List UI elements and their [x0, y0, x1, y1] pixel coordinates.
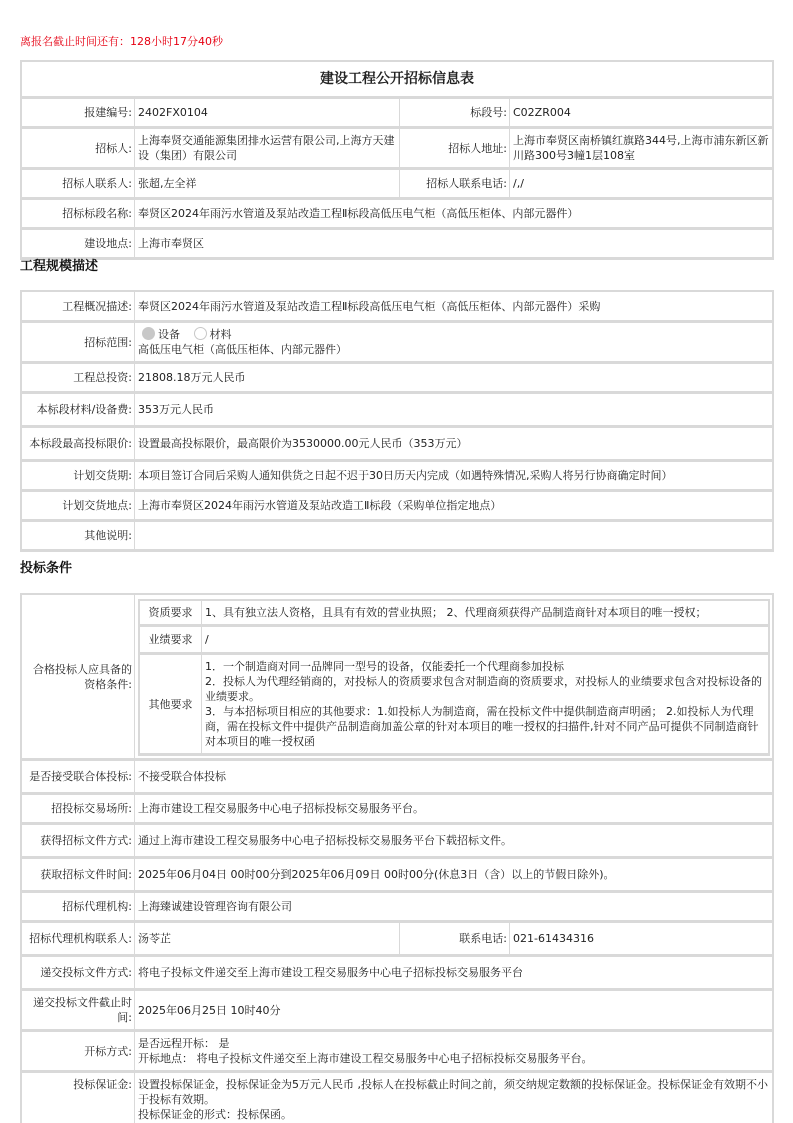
tenderer-address-value: 上海市奉贤区南桥镇红旗路344号,上海市浦东新区新川路300号3幢1层108室	[510, 129, 772, 170]
scope-radio-group: 设备 材料	[142, 327, 769, 342]
tenderer-label: 招标人:	[22, 129, 135, 170]
bond-value: 设置投标保证金，投标保证金为5万元人民币 ,投标人在投标截止时间之前，须交纳规定…	[135, 1073, 772, 1123]
tenderer-phone-value: /,/	[510, 170, 772, 200]
delivery-period-label: 计划交货期:	[22, 462, 135, 492]
scope-option-equipment[interactable]: 设备	[142, 328, 180, 341]
overview-label: 工程概况描述:	[22, 292, 135, 323]
page-title: 建设工程公开招标信息表	[22, 62, 772, 99]
site-label: 建设地点:	[22, 230, 135, 260]
other-label: 其他说明:	[22, 522, 135, 552]
doc-method-label: 获得招标文件方式:	[22, 825, 135, 859]
performance-row-text: /	[202, 627, 768, 655]
tenderer-contact-value: 张超,左全祥	[135, 170, 399, 200]
project-code-value: 2402FX0104	[135, 99, 399, 129]
submit-deadline-label: 递交投标文件截止时间:	[22, 991, 135, 1032]
conditions-section-title: 投标条件	[20, 561, 72, 576]
performance-row-label: 业绩要求	[140, 627, 202, 655]
agency-contact-label: 招标代理机构联系人:	[22, 923, 135, 957]
scope-option-material[interactable]: 材料	[194, 328, 232, 341]
registration-countdown: 离报名截止时间还有：128小时17分40秒	[20, 34, 223, 49]
max-price-label: 本标段最高投标限价:	[22, 428, 135, 462]
venue-label: 招投标交易场所:	[22, 795, 135, 825]
other-req-row-label: 其他要求	[140, 655, 202, 756]
overview-value: 奉贤区2024年雨污水管道及泵站改造工程Ⅱ标段高低压电气柜（高低压柜体、内部元器…	[135, 292, 772, 323]
scope-label: 招标范围:	[22, 323, 135, 364]
scale-section-title: 工程规模描述	[20, 259, 98, 274]
qualification-label: 合格投标人应具备的资格条件:	[22, 595, 135, 761]
tender-info-table: 建设工程公开招标信息表 报建编号: 2402FX0104 标段号: C02ZR0…	[20, 60, 774, 260]
scope-value: 设备 材料 高低压电气柜（高低压柜体、内部元器件）	[135, 323, 772, 364]
section-no-label: 标段号:	[399, 99, 510, 129]
delivery-place-value: 上海市奉贤区2024年雨污水管道及泵站改造工Ⅱ标段（采购单位指定地点）	[135, 492, 772, 522]
delivery-place-label: 计划交货地点:	[22, 492, 135, 522]
submit-method-value: 将电子投标文件递交至上海市建设工程交易服务中心电子招标投标交易服务平台	[135, 957, 772, 991]
qualification-value: 资质要求 1、具有独立法人资格，且具有有效的营业执照； 2、代理商须获得产品制造…	[135, 595, 772, 761]
doc-time-label: 获取招标文件时间:	[22, 859, 135, 893]
tenderer-phone-label: 招标人联系电话:	[399, 170, 510, 200]
submit-method-label: 递交投标文件方式:	[22, 957, 135, 991]
total-investment-value: 21808.18万元人民币	[135, 364, 772, 394]
agency-value: 上海臻诚建设管理咨询有限公司	[135, 893, 772, 923]
qualification-subtable: 资质要求 1、具有独立法人资格，且具有有效的营业执照； 2、代理商须获得产品制造…	[138, 599, 770, 756]
opening-value: 是否远程开标： 是 开标地点： 将电子投标文件递交至上海市建设工程交易服务中心电…	[135, 1032, 772, 1073]
doc-method-value: 通过上海市建设工程交易服务中心电子招标投标交易服务平台下载招标文件。	[135, 825, 772, 859]
tenderer-address-label: 招标人地址:	[399, 129, 510, 170]
max-price-value: 设置最高投标限价，最高限价为3530000.00元人民币（353万元）	[135, 428, 772, 462]
section-no-value: C02ZR004	[510, 99, 772, 129]
agency-phone-value: 021-61434316	[510, 923, 772, 957]
bond-label: 投标保证金:	[22, 1073, 135, 1123]
other-req-row-text: 1．一个制造商对同一品牌同一型号的设备，仅能委托一个代理商参加投标 2．投标人为…	[202, 655, 768, 756]
qualification-row-label: 资质要求	[140, 601, 202, 627]
doc-time-value: 2025年06月04日 00时00分到2025年06月09日 00时00分(休息…	[135, 859, 772, 893]
total-investment-label: 工程总投资:	[22, 364, 135, 394]
material-fee-value: 353万元人民币	[135, 394, 772, 428]
consortium-label: 是否接受联合体投标:	[22, 761, 135, 795]
conditions-table: 合格投标人应具备的资格条件: 资质要求 1、具有独立法人资格，且具有有效的营业执…	[20, 593, 774, 1123]
section-name-label: 招标标段名称:	[22, 200, 135, 230]
tenderer-contact-label: 招标人联系人:	[22, 170, 135, 200]
opening-label: 开标方式:	[22, 1032, 135, 1073]
delivery-period-value: 本项目签订合同后采购人通知供货之日起不迟于30日历天内完成（如遇特殊情况,采购人…	[135, 462, 772, 492]
scope-text: 高低压电气柜（高低压柜体、内部元器件）	[138, 342, 769, 357]
project-code-label: 报建编号:	[22, 99, 135, 129]
tenderer-value: 上海奉贤交通能源集团排水运营有限公司,上海方天建设（集团）有限公司	[135, 129, 399, 170]
other-value	[135, 522, 772, 552]
site-value: 上海市奉贤区	[135, 230, 772, 260]
material-fee-label: 本标段材料/设备费:	[22, 394, 135, 428]
section-name-value: 奉贤区2024年雨污水管道及泵站改造工程Ⅱ标段高低压电气柜（高低压柜体、内部元器…	[135, 200, 772, 230]
qualification-row-text: 1、具有独立法人资格，且具有有效的营业执照； 2、代理商须获得产品制造商针对本项…	[202, 601, 768, 627]
radio-unchecked-icon[interactable]	[194, 327, 207, 340]
scale-table: 工程概况描述: 奉贤区2024年雨污水管道及泵站改造工程Ⅱ标段高低压电气柜（高低…	[20, 290, 774, 552]
agency-contact-value: 汤苓芷	[135, 923, 399, 957]
agency-label: 招标代理机构:	[22, 893, 135, 923]
agency-phone-label: 联系电话:	[399, 923, 510, 957]
consortium-value: 不接受联合体投标	[135, 761, 772, 795]
venue-value: 上海市建设工程交易服务中心电子招标投标交易服务平台。	[135, 795, 772, 825]
radio-checked-icon[interactable]	[142, 327, 155, 340]
submit-deadline-value: 2025年06月25日 10时40分	[135, 991, 772, 1032]
